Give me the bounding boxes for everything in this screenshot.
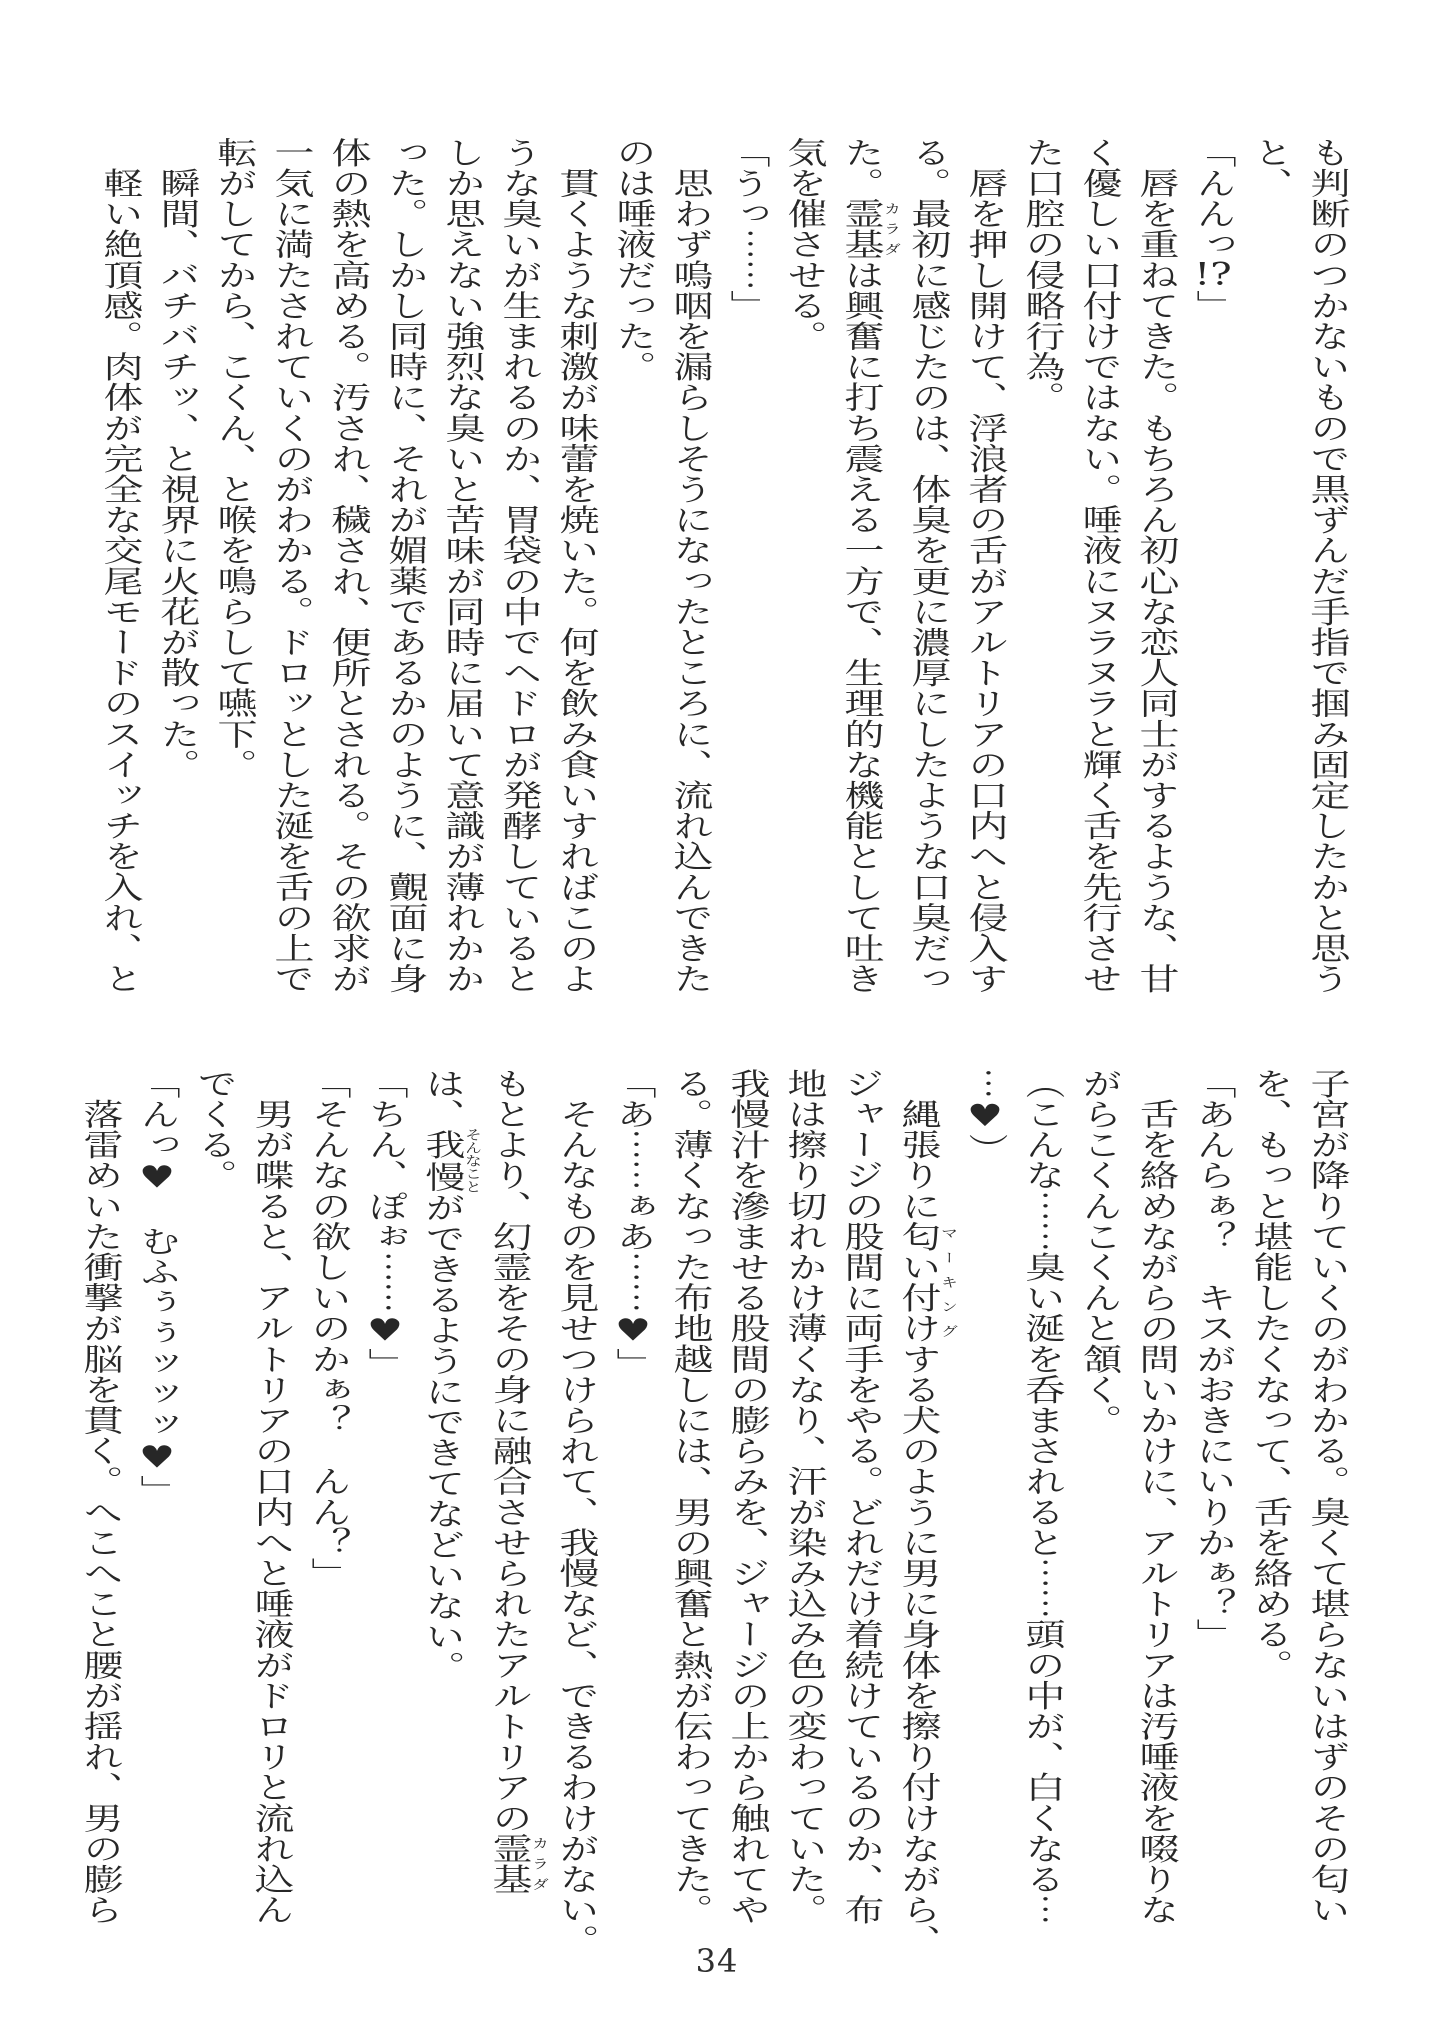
furigana-annotated-text: 匂い付けマーキング (895, 1221, 941, 1343)
lower-text-block: 子宮が降りていくのがわかる。臭くて堪らないはずのその匂いを、もっと堪能したくなっ… (101, 1068, 1355, 1986)
text-column: を、もっと堪能したくなって、舌を絡める。 (1241, 1068, 1298, 1986)
text-column: った。しかし同時に、それが媚薬であるかのように、覿面に身 (376, 137, 433, 1055)
text-column: た。霊基カラダは興奮に打ち震える一方で、生理的な機能として吐き (832, 137, 899, 1055)
furigana-annotated-text: 霊基カラダ (838, 198, 884, 259)
text-column: 唇を重ねてきた。もちろん初心な恋人同士がするような、甘 (1127, 137, 1184, 1055)
tate-chu-yoko-text: !? (1190, 259, 1236, 290)
text-column: でくる。 (185, 1068, 242, 1986)
text-column: 「あ︙︙ぁあ︙︙♥」 (604, 1068, 661, 1986)
text-column: がらこくんこくんと頷く。 (1070, 1068, 1127, 1986)
text-column: 地は擦り切れかけ薄くなり、汗が染み込み色の変わっていた。 (775, 1068, 832, 1986)
text-column: 落雷めいた衝撃が脳を貫く。へこへこと腰が揺れ、男の膨ら (71, 1068, 128, 1986)
text-column: のは唾液だった。 (604, 137, 661, 1055)
text-column: 我慢汁を滲ませる股間の膨らみを、ジャージの上から触れてや (718, 1068, 775, 1986)
text-column: 「んっ♥ むふぅぅッッッ♥」 (128, 1068, 185, 1986)
text-column: 唇を押し開けて、浮浪者の舌がアルトリアの口内へと侵入す (956, 137, 1013, 1055)
text-column: 瞬間、バチバチッ、と視界に火花が散った。 (148, 137, 205, 1055)
furigana-annotated-text: 霊基カラダ (486, 1833, 532, 1894)
text-column: 一気に満たされていくのがわかる。ドロッとした涎を舌の上で (262, 137, 319, 1055)
text-column: 転がしてから、こくん、と喉を鳴らして嚥下。 (205, 137, 262, 1055)
text-column: 「んんっ!?」 (1184, 137, 1241, 1055)
text-column: る。最初に感じたのは、体臭を更に濃厚にしたような口臭だっ (899, 137, 956, 1055)
text-column: （こんな︙︙臭い涎を呑まされると︙︙頭の中が、白くなる︙ (1013, 1068, 1070, 1986)
text-column: もとより、幻霊をその身に融合させられたアルトリアの霊基カラダ (480, 1068, 547, 1986)
text-column: 舌を絡めながらの問いかけに、アルトリアは汚唾液を啜りな (1127, 1068, 1184, 1986)
text-column: しか思えない強烈な臭いと苦味が同時に届いて意識が薄れかか (433, 137, 490, 1055)
furigana-annotated-text: 我慢そんなこと (419, 1129, 465, 1192)
text-column: そんなものを見せつけられて、我慢など、できるわけがない。 (547, 1068, 604, 1986)
text-column: は、我慢そんなことができるようにできてなどいない。 (413, 1068, 480, 1986)
text-column: 「うっ︙︙」 (718, 137, 775, 1055)
text-column: 「あんらぁ？ キスがおきにいりかぁ？」 (1184, 1068, 1241, 1986)
text-column: うな臭いが生まれるのか、胃袋の中でヘドロが発酵していると (490, 137, 547, 1055)
text-column: ジャージの股間に両手をやる。どれだけ着続けているのか、布 (832, 1068, 889, 1986)
text-column: 「そんなの欲しいのかぁ？ んん？」 (299, 1068, 356, 1986)
text-column: 軽い絶頂感。肉体が完全な交尾モードのスイッチを入れ、と (91, 137, 148, 1055)
upper-text-block: も判断のつかないもので黒ずんだ手指で掴み固定したかと思うと、「んんっ!?」 唇を… (101, 137, 1355, 1055)
text-column: 思わず嗚咽を漏らしそうになったところに、流れ込んできた (661, 137, 718, 1055)
text-column: ︙♥） (956, 1068, 1013, 1986)
text-column: 男が喋ると、アルトリアの口内へと唾液がドロリと流れ込ん (242, 1068, 299, 1986)
text-column: く優しい口付けではない。唾液にヌラヌラと輝く舌を先行させ (1070, 137, 1127, 1055)
text-column: 縄張りに匂い付けマーキングする犬のように男に身体を擦り付けながら、 (889, 1068, 956, 1986)
text-column: 気を催させる。 (775, 137, 832, 1055)
page: も判断のつかないもので黒ずんだ手指で掴み固定したかと思うと、「んんっ!?」 唇を… (0, 0, 1434, 2025)
text-column: 子宮が降りていくのがわかる。臭くて堪らないはずのその匂い (1298, 1068, 1355, 1986)
text-column: た口腔の侵略行為。 (1013, 137, 1070, 1055)
text-column: る。薄くなった布地越しには、男の興奮と熱が伝わってきた。 (661, 1068, 718, 1986)
text-column: 「ちん、ぽぉ︙︙♥」 (356, 1068, 413, 1986)
text-column: 貫くような刺激が味蕾を焼いた。何を飲み食いすればこのよ (547, 137, 604, 1055)
page-number: 34 (0, 1942, 1434, 1980)
text-column: 体の熱を高める。汚され、穢され、便所とされる。その欲求が (319, 137, 376, 1055)
text-column: と、 (1241, 137, 1298, 1055)
text-column: も判断のつかないもので黒ずんだ手指で掴み固定したかと思う (1298, 137, 1355, 1055)
